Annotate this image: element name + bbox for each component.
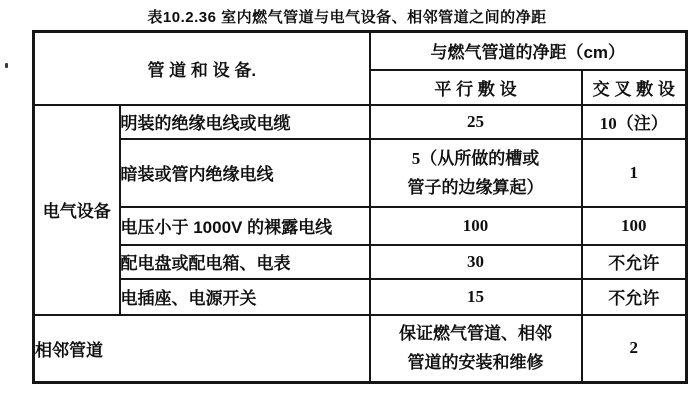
header-pipes-and-equipment: 管 道 和 设 备.: [34, 32, 370, 105]
parallel-value: 100: [370, 207, 582, 245]
parallel-value-line2: 管道的安装和维修: [371, 348, 581, 377]
cross-value: 2: [582, 315, 687, 383]
clearance-table: 管 道 和 设 备. 与燃气管道的净距（cm） 平 行 敷 设 交 叉 敷 设 …: [32, 30, 688, 384]
item-socket-power-switch: 电插座、电源开关: [120, 279, 370, 315]
item-distribution-panel-meter: 配电盘或配电箱、电表: [120, 245, 370, 279]
header-row-top: 管 道 和 设 备. 与燃气管道的净距（cm）: [34, 32, 687, 70]
table-row: 暗装或管内绝缘电线 5（从所做的槽或 管子的边缘算起） 1: [34, 139, 687, 207]
table-row: 相邻管道 保证燃气管道、相邻 管道的安装和维修 2: [34, 315, 687, 383]
parallel-value-line1: 保证燃气管道、相邻: [371, 319, 581, 348]
table-row: 电插座、电源开关 15 不允许: [34, 279, 687, 315]
parallel-value: 25: [370, 105, 582, 139]
table-row: 配电盘或配电箱、电表 30 不允许: [34, 245, 687, 279]
cross-value: 1: [582, 139, 687, 207]
parallel-value: 保证燃气管道、相邻 管道的安装和维修: [370, 315, 582, 383]
item-exposed-insulated-wire: 明装的绝缘电线或电缆: [120, 105, 370, 139]
document-page: 表10.2.36 室内燃气管道与电气设备、相邻管道之间的净距 管 道 和 设 备…: [0, 0, 694, 398]
cross-value: 10（注）: [582, 105, 687, 139]
parallel-value: 15: [370, 279, 582, 315]
header-parallel-laying: 平 行 敷 设: [370, 70, 582, 105]
table-row: 电压小于 1000V 的裸露电线 100 100: [34, 207, 687, 245]
group-electrical-equipment: 电气设备: [34, 105, 120, 315]
item-bare-wire-under-1000v: 电压小于 1000V 的裸露电线: [120, 207, 370, 245]
item-concealed-insulated-wire: 暗装或管内绝缘电线: [120, 139, 370, 207]
parallel-value: 30: [370, 245, 582, 279]
cross-value: 100: [582, 207, 687, 245]
parallel-value-line2: 管子的边缘算起）: [371, 173, 581, 202]
table-row: 电气设备 明装的绝缘电线或电缆 25 10（注）: [34, 105, 687, 139]
parallel-value: 5（从所做的槽或 管子的边缘算起）: [370, 139, 582, 207]
parallel-value-line1: 5（从所做的槽或: [371, 144, 581, 173]
cross-value: 不允许: [582, 245, 687, 279]
cross-value: 不允许: [582, 279, 687, 315]
table-caption: 表10.2.36 室内燃气管道与电气设备、相邻管道之间的净距: [0, 0, 694, 27]
header-clearance-cm: 与燃气管道的净距（cm）: [370, 32, 687, 70]
scan-artifact-dot: [5, 63, 8, 68]
header-cross-laying: 交 叉 敷 设: [582, 70, 687, 105]
group-adjacent-pipes: 相邻管道: [34, 315, 370, 383]
